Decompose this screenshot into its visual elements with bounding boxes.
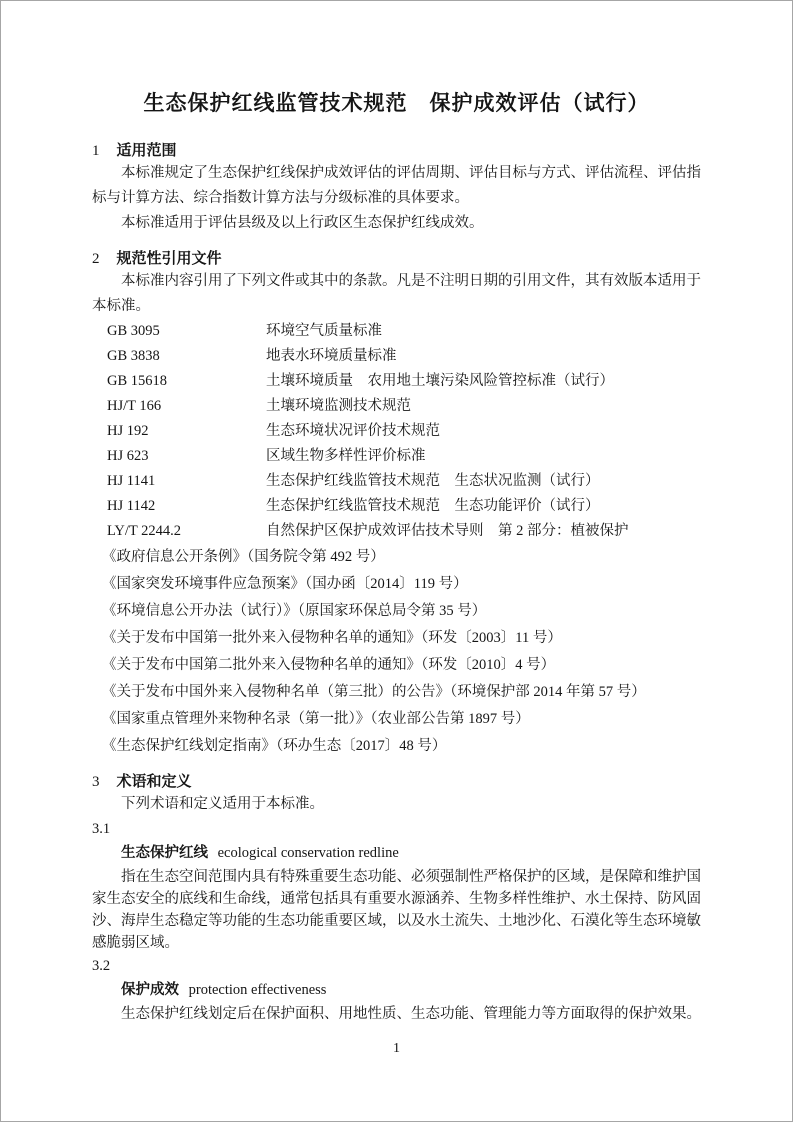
standard-name: 区域生物多样性评价标准 (266, 444, 701, 469)
reference-item: 《生态保护红线划定指南》（环办生态〔2017〕48 号） (92, 733, 701, 760)
term-title-line: 保护成效 protection effectiveness (92, 978, 701, 1003)
standard-code: HJ 1142 (92, 494, 266, 519)
section-1-title: 适用范围 (117, 141, 177, 161)
section-3-number: 3 (92, 772, 100, 792)
section-3-title: 术语和定义 (117, 772, 192, 792)
document-title: 生态保护红线监管技术规范 保护成效评估（试行） (92, 89, 701, 119)
standard-code: GB 3838 (92, 344, 266, 369)
term-definition: 指在生态空间范围内具有特殊重要生态功能、必须强制性严格保护的区域，是保障和维护国… (92, 866, 701, 954)
standard-row: HJ 623 区域生物多样性评价标准 (92, 444, 701, 469)
standard-code: LY/T 2244.2 (92, 519, 266, 544)
standard-row: GB 15618 土壤环境质量 农用地土壤污染风险管控标准（试行） (92, 369, 701, 394)
reference-item: 《政府信息公开条例》（国务院令第 492 号） (92, 544, 701, 571)
section-1-paragraph-1: 本标准规定了生态保护红线保护成效评估的评估周期、评估目标与方式、评估流程、评估指… (92, 161, 701, 211)
standard-name: 土壤环境监测技术规范 (266, 394, 701, 419)
reference-item: 《国家重点管理外来物种名录（第一批）》（农业部公告第 1897 号） (92, 706, 701, 733)
reference-documents-list: 《政府信息公开条例》（国务院令第 492 号） 《国家突发环境事件应急预案》（国… (92, 544, 701, 760)
section-1-heading: 1 适用范围 (92, 141, 701, 161)
term-name-english: protection effectiveness (189, 982, 327, 998)
section-3-heading: 3 术语和定义 (92, 772, 701, 792)
document-page: 生态保护红线监管技术规范 保护成效评估（试行） 1 适用范围 本标准规定了生态保… (0, 0, 793, 1122)
standard-code: HJ 623 (92, 444, 266, 469)
reference-item: 《国家突发环境事件应急预案》（国办函〔2014〕119 号） (92, 571, 701, 598)
standard-code: GB 15618 (92, 369, 266, 394)
standard-name: 生态保护红线监管技术规范 生态状况监测（试行） (266, 469, 701, 494)
reference-item: 《关于发布中国外来入侵物种名单（第三批）的公告》（环境保护部 2014 年第 5… (92, 679, 701, 706)
section-2-title: 规范性引用文件 (117, 249, 222, 269)
standard-row: GB 3095 环境空气质量标准 (92, 319, 701, 344)
standard-name: 生态保护红线监管技术规范 生态功能评价（试行） (266, 494, 701, 519)
section-1-number: 1 (92, 141, 100, 161)
section-1-paragraph-2: 本标准适用于评估县级及以上行政区生态保护红线成效。 (92, 211, 701, 236)
reference-item: 《关于发布中国第一批外来入侵物种名单的通知》（环发〔2003〕11 号） (92, 625, 701, 652)
standard-name: 土壤环境质量 农用地土壤污染风险管控标准（试行） (266, 369, 701, 394)
standard-name: 生态环境状况评价技术规范 (266, 419, 701, 444)
standard-row: LY/T 2244.2 自然保护区保护成效评估技术导则 第 2 部分：植被保护 (92, 519, 701, 544)
term-name-chinese: 保护成效 (121, 982, 179, 998)
standard-code: HJ 192 (92, 419, 266, 444)
section-2-heading: 2 规范性引用文件 (92, 249, 701, 269)
term-name-chinese: 生态保护红线 (121, 845, 208, 861)
standard-name: 环境空气质量标准 (266, 319, 701, 344)
term-definition: 生态保护红线划定后在保护面积、用地性质、生态功能、管理能力等方面取得的保护效果。 (92, 1003, 701, 1025)
term-title-line: 生态保护红线 ecological conservation redline (92, 841, 701, 866)
standard-name: 地表水环境质量标准 (266, 344, 701, 369)
section-3-intro: 下列术语和定义适用于本标准。 (92, 792, 701, 817)
normative-standards-list: GB 3095 环境空气质量标准 GB 3838 地表水环境质量标准 GB 15… (92, 319, 701, 544)
standard-name: 自然保护区保护成效评估技术导则 第 2 部分：植被保护 (266, 519, 701, 544)
term-name-english: ecological conservation redline (218, 845, 399, 861)
standard-code: HJ 1141 (92, 469, 266, 494)
standard-row: HJ 192 生态环境状况评价技术规范 (92, 419, 701, 444)
term-entry-3-2: 3.2 保护成效 protection effectiveness 生态保护红线… (92, 954, 701, 1025)
standard-row: HJ/T 166 土壤环境监测技术规范 (92, 394, 701, 419)
term-number: 3.1 (92, 817, 701, 841)
section-2-number: 2 (92, 249, 100, 269)
standard-code: GB 3095 (92, 319, 266, 344)
term-number: 3.2 (92, 954, 701, 978)
reference-item: 《环境信息公开办法（试行）》（原国家环保总局令第 35 号） (92, 598, 701, 625)
term-entry-3-1: 3.1 生态保护红线 ecological conservation redli… (92, 817, 701, 954)
standard-code: HJ/T 166 (92, 394, 266, 419)
standard-row: HJ 1142 生态保护红线监管技术规范 生态功能评价（试行） (92, 494, 701, 519)
reference-item: 《关于发布中国第二批外来入侵物种名单的通知》（环发〔2010〕4 号） (92, 652, 701, 679)
standard-row: HJ 1141 生态保护红线监管技术规范 生态状况监测（试行） (92, 469, 701, 494)
section-2-intro: 本标准内容引用了下列文件或其中的条款。凡是不注明日期的引用文件，其有效版本适用于… (92, 269, 701, 319)
page-number: 1 (393, 1041, 400, 1056)
page-footer: 1 (92, 1039, 701, 1059)
standard-row: GB 3838 地表水环境质量标准 (92, 344, 701, 369)
